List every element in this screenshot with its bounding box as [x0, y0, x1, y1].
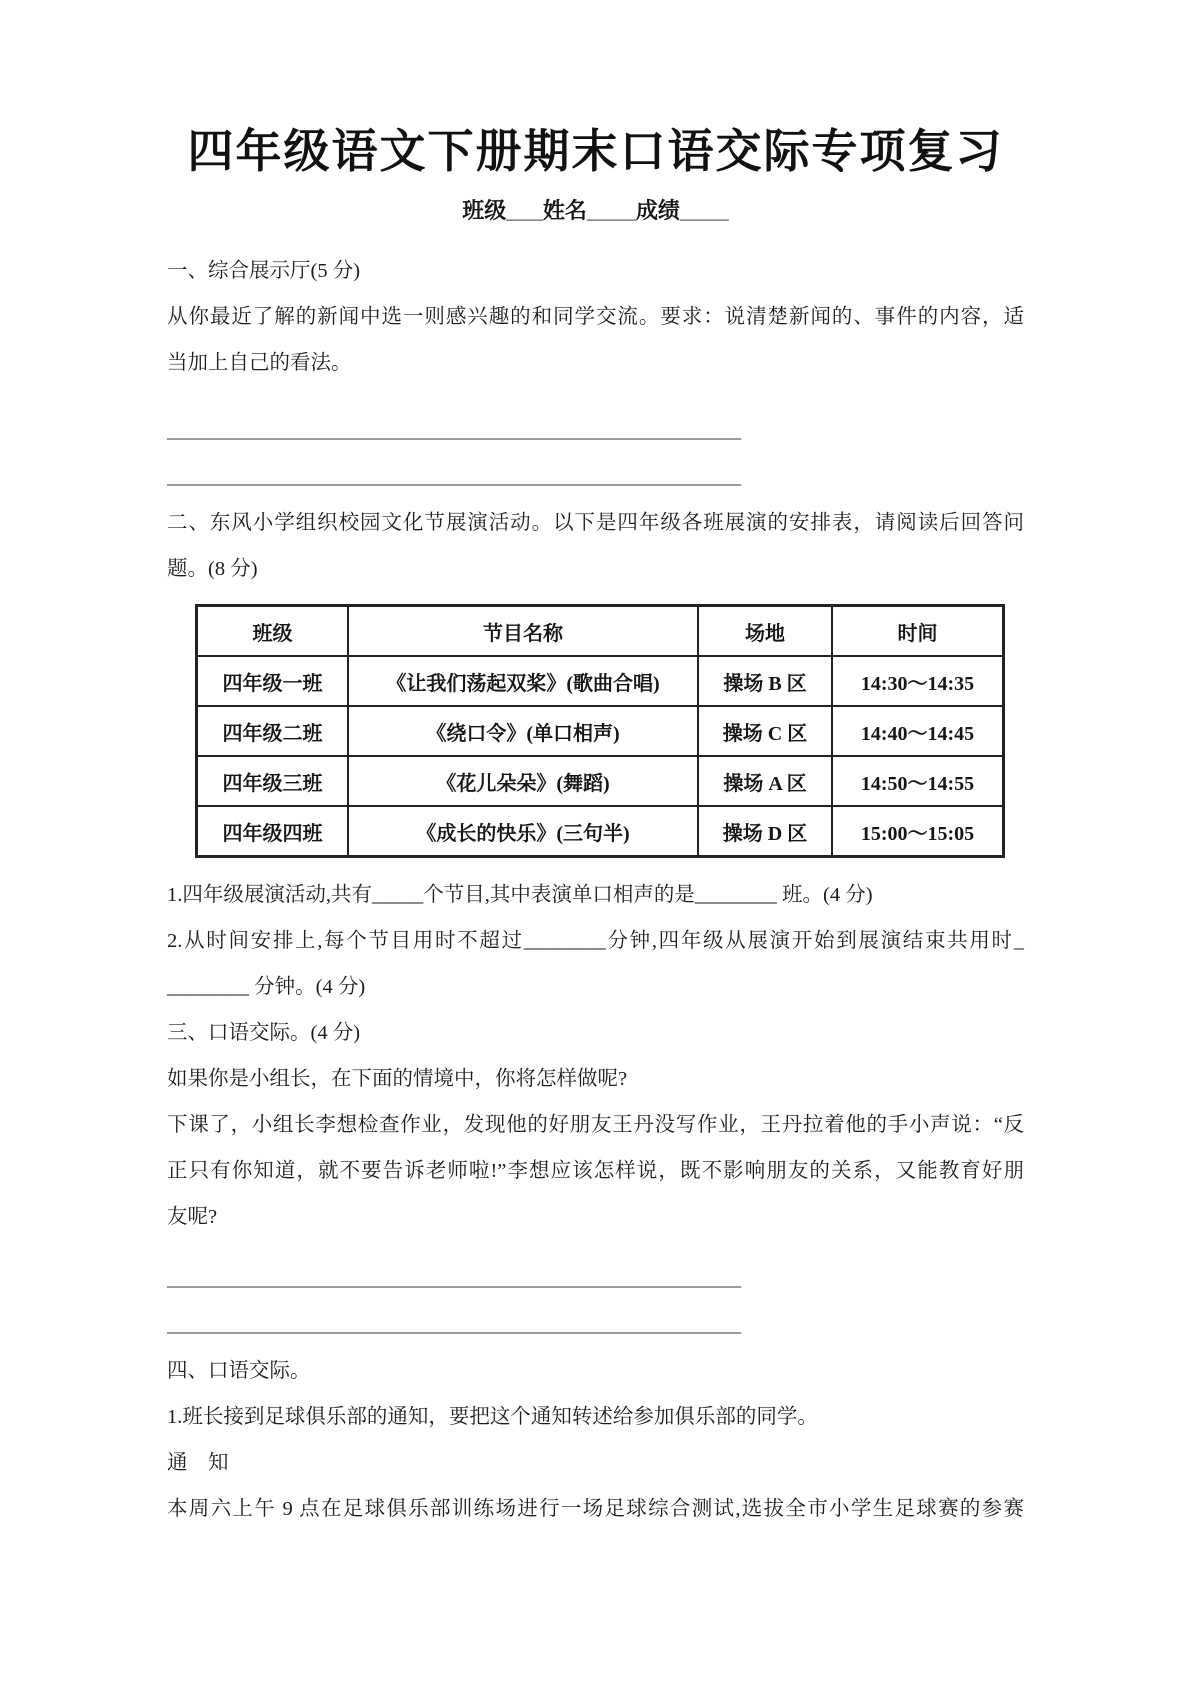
header-program-name: 节目名称 [348, 606, 698, 657]
section-1-heading: 一、综合展示厅(5 分) [167, 248, 1024, 294]
section-3-body-line-1: 下课了，小组长李想检查作业，发现他的好朋友王丹没写作业，王丹拉着他的手小声说：“… [167, 1102, 1024, 1148]
header-class: 班级 [197, 606, 349, 657]
page-title: 四年级语文下册期末口语交际专项复习 [167, 120, 1024, 182]
cell-venue: 操场 C 区 [698, 706, 832, 756]
cell-venue: 操场 D 区 [698, 806, 832, 857]
answer-blank-line: ________________________________________… [167, 408, 1024, 454]
cell-class: 四年级三班 [197, 756, 349, 806]
section-1-body-line-2: 当加上自己的看法。 [167, 340, 1024, 386]
cell-venue: 操场 B 区 [698, 656, 832, 706]
notice-title: 通 知 [167, 1440, 1024, 1486]
header-time: 时间 [832, 606, 1004, 657]
section-1-body-line-1: 从你最近了解的新闻中选一则感兴趣的和同学交流。要求：说清楚新闻的、事件的内容，适 [167, 294, 1024, 340]
answer-blank-line: ________________________________________… [167, 1256, 1024, 1302]
section-3-body-line-2: 正只有你知道，就不要告诉老师啦!”李想应该怎样说，既不影响朋友的关系，又能教育好… [167, 1148, 1024, 1194]
cell-program: 《花儿朵朵》(舞蹈) [348, 756, 698, 806]
question-2-line-1: 2.从时间安排上,每个节目用时不超过________分钟,四年级从展演开始到展演… [167, 918, 1024, 964]
cell-program: 《绕口令》(单口相声) [348, 706, 698, 756]
question-1: 1.四年级展演活动,共有_____个节目,其中表演单口相声的是________ … [167, 872, 1024, 918]
class-name-score-line: 班级___姓名____成绩____ [167, 196, 1024, 226]
cell-time: 15:00～15:05 [832, 806, 1004, 857]
section-2-intro-line-2: 题。(8 分) [167, 546, 1024, 592]
table-row: 四年级四班 《成长的快乐》(三句半) 操场 D 区 15:00～15:05 [197, 806, 1004, 857]
cell-program: 《成长的快乐》(三句半) [348, 806, 698, 857]
table-header-row: 班级 节目名称 场地 时间 [197, 606, 1004, 657]
notice-body-line-1: 本周六上午 9 点在足球俱乐部训练场进行一场足球综合测试,选拔全市小学生足球赛的… [167, 1486, 1024, 1532]
table-row: 四年级一班 《让我们荡起双桨》(歌曲合唱) 操场 B 区 14:30～14:35 [197, 656, 1004, 706]
cell-time: 14:50～14:55 [832, 756, 1004, 806]
cell-venue: 操场 A 区 [698, 756, 832, 806]
performance-schedule-table: 班级 节目名称 场地 时间 四年级一班 《让我们荡起双桨》(歌曲合唱) 操场 B… [195, 604, 1005, 858]
section-3-heading: 三、口语交际。(4 分) [167, 1010, 1024, 1056]
section-2-intro-line-1: 二、东风小学组织校园文化节展演活动。以下是四年级各班展演的安排表，请阅读后回答问 [167, 500, 1024, 546]
section-4-item-1: 1.班长接到足球俱乐部的通知，要把这个通知转述给参加俱乐部的同学。 [167, 1394, 1024, 1440]
answer-blank-line: ________________________________________… [167, 454, 1024, 500]
cell-time: 14:30～14:35 [832, 656, 1004, 706]
cell-program: 《让我们荡起双桨》(歌曲合唱) [348, 656, 698, 706]
table-row: 四年级二班 《绕口令》(单口相声) 操场 C 区 14:40～14:45 [197, 706, 1004, 756]
cell-class: 四年级四班 [197, 806, 349, 857]
cell-time: 14:40～14:45 [832, 706, 1004, 756]
section-3-intro: 如果你是小组长，在下面的情境中，你将怎样做呢? [167, 1056, 1024, 1102]
question-2-line-2: ________ 分钟。(4 分) [167, 964, 1024, 1010]
header-venue: 场地 [698, 606, 832, 657]
cell-class: 四年级一班 [197, 656, 349, 706]
section-4-heading: 四、口语交际。 [167, 1348, 1024, 1394]
answer-blank-line: ________________________________________… [167, 1302, 1024, 1348]
document-page: 四年级语文下册期末口语交际专项复习 班级___姓名____成绩____ 一、综合… [0, 0, 1191, 1684]
section-3-body-line-3: 友呢? [167, 1194, 1024, 1240]
table-row: 四年级三班 《花儿朵朵》(舞蹈) 操场 A 区 14:50～14:55 [197, 756, 1004, 806]
cell-class: 四年级二班 [197, 706, 349, 756]
